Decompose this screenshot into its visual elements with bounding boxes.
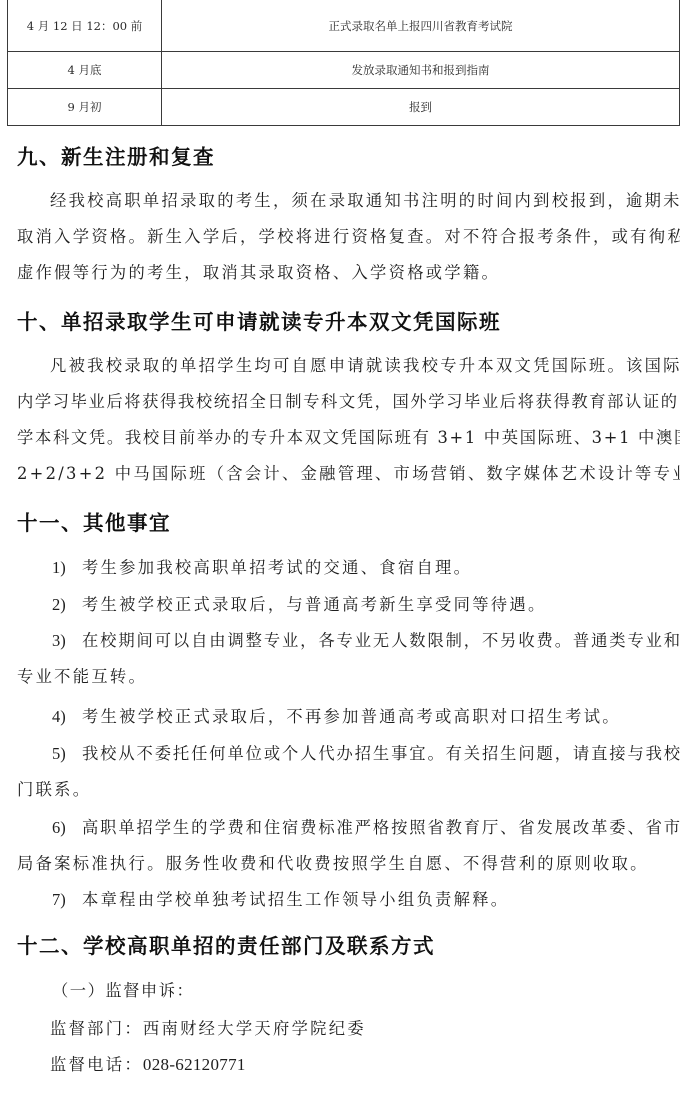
list-number: 2) xyxy=(52,595,66,615)
table-cell-time: 4 月底 xyxy=(8,52,162,88)
list-number: 1) xyxy=(52,558,66,578)
list-text: 高职单招学生的学费和住宿费标准严格按照省教育厅、省发展改革委、省市场监管 xyxy=(82,818,680,838)
dept-label: 监督部门： xyxy=(50,1019,143,1038)
subheading-supervision: （一）监督申诉： xyxy=(52,981,194,1001)
table-cell-event: 发放录取通知书和报到指南 xyxy=(162,52,679,88)
list-text-continued: 门联系。 xyxy=(17,780,91,800)
phone-label: 监督电话： xyxy=(50,1055,143,1074)
table-cell-time: 9 月初 xyxy=(8,89,162,125)
section-heading-registration: 九、新生注册和复查 xyxy=(17,145,215,169)
list-number: 7) xyxy=(52,890,66,910)
list-text: 考生被学校正式录取后，与普通高考新生享受同等待遇。 xyxy=(82,595,547,615)
list-text: 考生被学校正式录取后，不再参加普通高考或高职对口招生考试。 xyxy=(82,707,621,727)
table-cell-time: 4 月 12 日 12：00 前 xyxy=(8,0,162,51)
list-number: 6) xyxy=(52,818,66,838)
list-text-continued: 局备案标准执行。服务性收费和代收费按照学生自愿、不得营利的原则收取。 xyxy=(17,854,649,874)
dept-value: 西南财经大学天府学院纪委 xyxy=(143,1019,366,1038)
paragraph-line: 学本科文凭。我校目前举办的专升本双文凭国际班有 3+1 中英国际班、3+1 中澳… xyxy=(17,428,680,448)
paragraph-line: 虚作假等行为的考生，取消其录取资格、入学资格或学籍。 xyxy=(17,263,500,283)
supervision-dept-row: 监督部门：西南财经大学天府学院纪委 xyxy=(50,1019,366,1039)
table-cell-event: 正式录取名单上报四川省教育考试院 xyxy=(162,0,679,51)
supervision-phone-row: 监督电话：028-62120771 xyxy=(50,1055,246,1075)
list-number: 5) xyxy=(52,744,66,764)
list-text: 考生参加我校高职单招考试的交通、食宿自理。 xyxy=(82,558,472,578)
list-number: 3) xyxy=(52,631,66,651)
list-text: 我校从不委托任何单位或个人代办招生事宜。有关招生问题，请直接与我校招生部 xyxy=(82,744,680,764)
paragraph-line: 凡被我校录取的单招学生均可自愿申请就读我校专升本双文凭国际班。该国际班学生国 xyxy=(50,356,680,376)
list-text-continued: 专业不能互转。 xyxy=(17,667,147,687)
section-heading-contact: 十二、学校高职单招的责任部门及联系方式 xyxy=(17,934,435,958)
list-number: 4) xyxy=(52,707,66,727)
list-text: 在校期间可以自由调整专业，各专业无人数限制，不另收费。普通类专业和艺术类 xyxy=(82,631,680,651)
paragraph-line: 内学习毕业后将获得我校统招全日制专科文凭，国外学习毕业后将获得教育部认证的国外大 xyxy=(17,392,680,412)
section-heading-international: 十、单招录取学生可申请就读专升本双文凭国际班 xyxy=(17,310,501,334)
table-row: 4 月底 发放录取通知书和报到指南 xyxy=(8,52,679,89)
table-row: 9 月初 报到 xyxy=(8,89,679,126)
table-row: 4 月 12 日 12：00 前 正式录取名单上报四川省教育考试院 xyxy=(8,0,679,52)
paragraph-line: 经我校高职单招录取的考生，须在录取通知书注明的时间内到校报到，逾期未报到者， xyxy=(50,191,680,211)
list-text: 本章程由学校单独考试招生工作领导小组负责解释。 xyxy=(82,890,509,910)
paragraph-line: 取消入学资格。新生入学后，学校将进行资格复查。对不符合报考条件，或有徇私舞弊、弄 xyxy=(17,227,680,247)
paragraph-line: 2+2/3+2 中马国际班（含会计、金融管理、市场营销、数字媒体艺术设计等专业）… xyxy=(17,464,680,484)
table-cell-event: 报到 xyxy=(162,89,679,125)
phone-value: 028-62120771 xyxy=(143,1055,246,1074)
schedule-table: 4 月 12 日 12：00 前 正式录取名单上报四川省教育考试院 4 月底 发… xyxy=(7,0,680,126)
section-heading-other-matters: 十一、其他事宜 xyxy=(17,511,171,535)
